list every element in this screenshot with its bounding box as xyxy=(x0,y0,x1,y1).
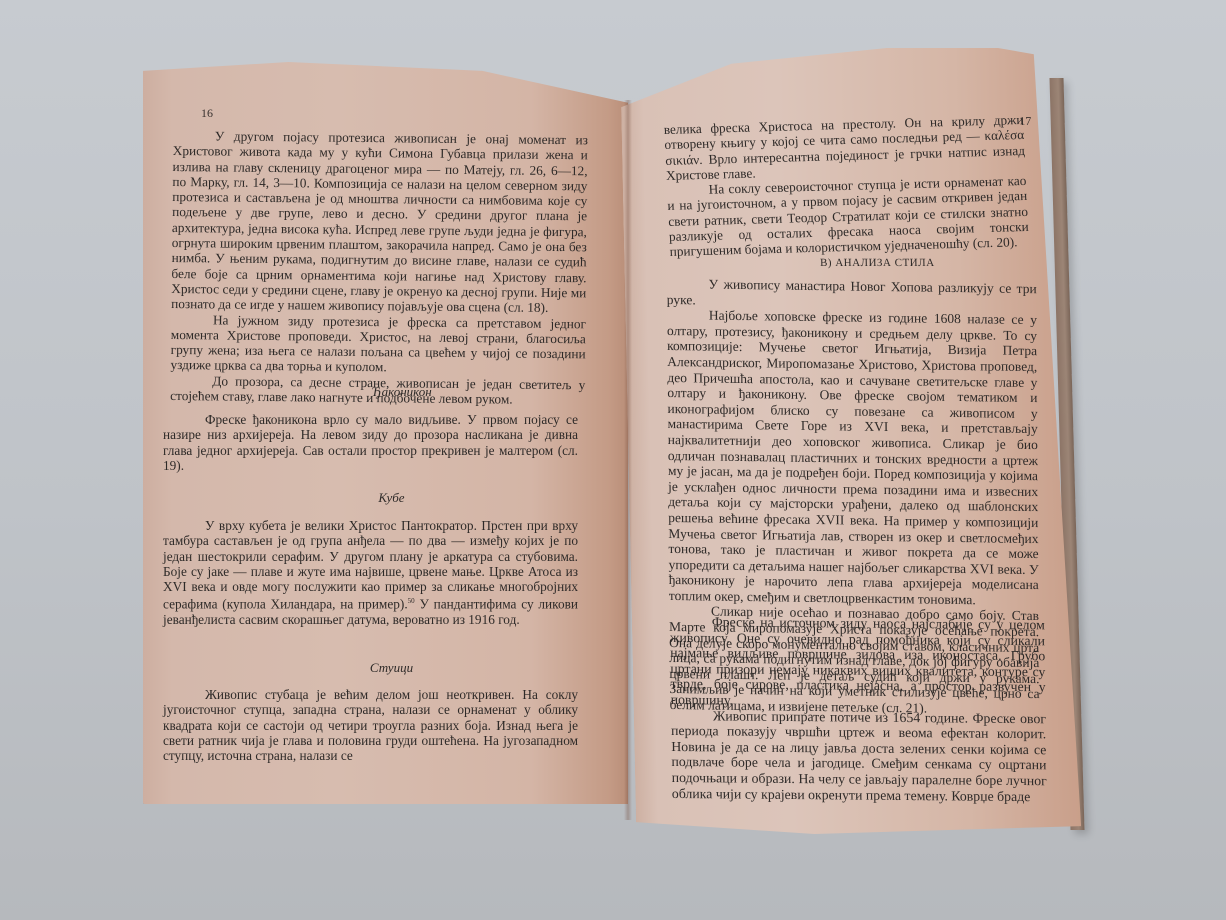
diakonikon-text: Фреске ђаконикона врло су мало видљиве. … xyxy=(163,412,578,473)
page-number: 16 xyxy=(201,106,213,121)
paragraph: У живопису манастира Новог Хопова разлик… xyxy=(667,276,1037,312)
paragraph: Живопис припрате потиче из 1654 године. … xyxy=(671,708,1047,805)
stupci-heading-wrap: Стуици xyxy=(163,660,578,675)
section-heading: Ђаконикон xyxy=(173,384,588,399)
paragraph: Фреске на источном зиду наоса најслабије… xyxy=(670,614,1046,711)
kube-text: У врху кубета је велики Христос Пантокра… xyxy=(163,518,578,628)
left-page: 16 У другом појасу протезиса живописан ј… xyxy=(143,62,628,804)
paragraph: Фреске ђаконикона врло су мало видљиве. … xyxy=(163,412,578,473)
kube-heading-wrap: Кубе xyxy=(163,490,578,505)
book-gutter xyxy=(624,100,632,820)
paragraph: На соклу североисточног ступца је исти о… xyxy=(666,173,1029,260)
paragraph: У другом појасу протезиса живописан је о… xyxy=(171,128,588,316)
photo-scene: 16 У другом појасу протезиса живописан ј… xyxy=(0,0,1226,920)
diakonikon-heading-wrap: Ђаконикон xyxy=(173,384,588,399)
section-heading: Стуици xyxy=(163,660,578,675)
columns-continued-text: велика фреска Христоса на престолу. Он н… xyxy=(663,112,1029,260)
prothesis-section-text: У другом појасу протезиса живописан је о… xyxy=(170,128,588,408)
section-heading: Кубе xyxy=(163,490,578,505)
section-heading: В) АНАЛИЗА СТИЛА xyxy=(676,256,1036,271)
style-analysis-text-continued: Фреске на источном зиду наоса најслабије… xyxy=(670,614,1047,804)
paragraph: На јужном зиду протезиса је фреска са пр… xyxy=(170,312,586,378)
paragraph: Живопис стубаца је већим делом још неотк… xyxy=(163,687,578,763)
stupci-text: Живопис стубаца је већим делом још неотк… xyxy=(163,687,578,763)
style-analysis-heading-wrap: В) АНАЛИЗА СТИЛА xyxy=(676,256,1036,271)
footnote-reference: 50 xyxy=(408,597,415,605)
paragraph: У врху кубета је велики Христос Пантокра… xyxy=(163,518,578,628)
paragraph: Најбоље хоповске фреске из године 1608 н… xyxy=(667,307,1039,608)
right-page: 17 велика фреска Христоса на престолу. О… xyxy=(620,44,1082,834)
paragraph: велика фреска Христоса на престолу. Он н… xyxy=(663,112,1026,183)
